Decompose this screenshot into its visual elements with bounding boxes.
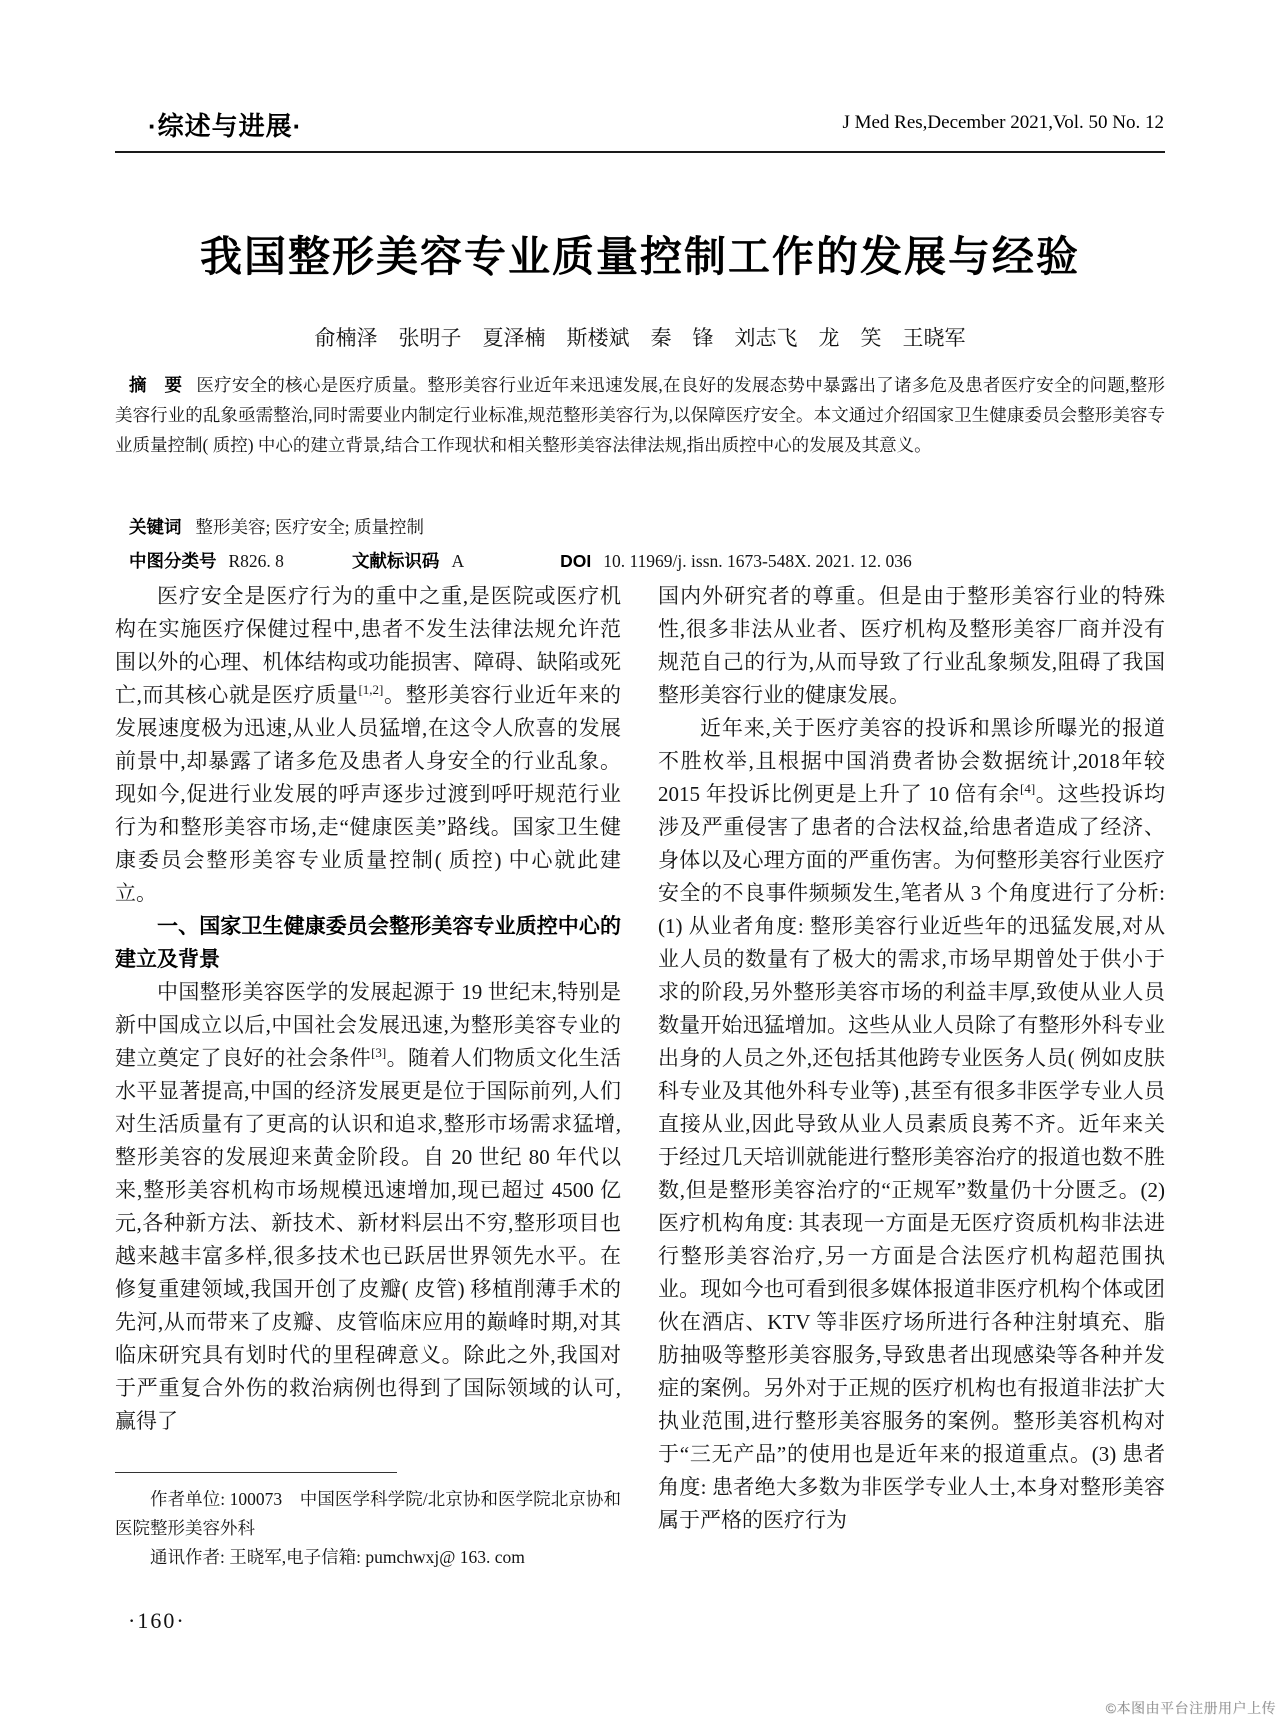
paragraph: 医疗安全是医疗行为的重中之重,是医院或医疗机构在实施医疗保健过程中,患者不发生法… — [115, 580, 621, 910]
body-column-right: 国内外研究者的尊重。但是由于整形美容行业的特殊性,很多非法从业者、医疗机构及整形… — [658, 580, 1165, 1537]
paragraph: 近年来,关于医疗美容的投诉和黑诊所曝光的报道不胜枚举,且根据中国消费者协会数据统… — [658, 712, 1165, 1537]
reference-marker: [1,2] — [358, 682, 383, 697]
corresponding-author: 通讯作者: 王晓军,电子信箱: pumchwxj@ 163. com — [115, 1543, 621, 1572]
footnote-block: 作者单位: 100073 中国医学科学院/北京协和医学院北京协和医院整形美容外科… — [115, 1472, 621, 1572]
abstract-text: 医疗安全的核心是医疗质量。整形美容行业近年来迅速发展,在良好的发展态势中暴露出了… — [115, 375, 1165, 455]
paragraph-text: 。这些投诉均涉及严重侵害了患者的合法权益,给患者造成了经济、身体以及心理方面的严… — [658, 782, 1165, 1532]
paragraph: 中国整形美容医学的发展起源于 19 世纪末,特别是新中国成立以后,中国社会发展迅… — [115, 976, 621, 1438]
abstract-block: 摘 要医疗安全的核心是医疗质量。整形美容行业近年来迅速发展,在良好的发展态势中暴… — [115, 370, 1165, 460]
paragraph-text: 。整形美容行业近年来的发展速度极为迅速,从业人员猛增,在这令人欣喜的发展前景中,… — [115, 683, 621, 905]
author-affiliation: 作者单位: 100073 中国医学科学院/北京协和医学院北京协和医院整形美容外科 — [115, 1485, 621, 1543]
section-heading-1: 一、国家卫生健康委员会整形美容专业质控中心的建立及背景 — [115, 910, 621, 976]
doc-code-label: 文献标识码 — [352, 551, 440, 571]
reference-marker: [3] — [371, 1045, 386, 1060]
article-authors: 俞楠泽 张明子 夏泽楠 斯楼斌 秦 锋 刘志飞 龙 笑 王晓军 — [115, 322, 1165, 352]
keywords-block: 关键词整形美容; 医疗安全; 质量控制 — [115, 512, 1165, 542]
paragraph-text: 。随着人们物质文化生活水平显著提高,中国的经济发展更是位于国际前列,人们对生活质… — [115, 1046, 621, 1433]
reference-marker: [4] — [1020, 781, 1035, 796]
journal-citation: J Med Res,December 2021,Vol. 50 No. 12 — [842, 112, 1164, 134]
doc-code-value: A — [451, 551, 464, 571]
header-divider — [115, 151, 1165, 153]
upload-watermark: ©本图由平台注册用户上传 — [1106, 1698, 1276, 1718]
body-column-left: 医疗安全是医疗行为的重中之重,是医院或医疗机构在实施医疗保健过程中,患者不发生法… — [115, 580, 621, 1438]
journal-page: ·综述与进展· J Med Res,December 2021,Vol. 50 … — [0, 0, 1280, 1724]
section-label: ·综述与进展· — [148, 106, 302, 143]
doi-label: DOI — [560, 551, 591, 571]
paragraph: 国内外研究者的尊重。但是由于整形美容行业的特殊性,很多非法从业者、医疗机构及整形… — [658, 580, 1165, 712]
clc-value: R826. 8 — [229, 551, 284, 571]
keywords-text: 整形美容; 医疗安全; 质量控制 — [196, 517, 424, 537]
meta-line: 中图分类号R826. 8文献标识码ADOI10. 11969/j. issn. … — [115, 546, 1165, 576]
article-title: 我国整形美容专业质量控制工作的发展与经验 — [90, 224, 1190, 284]
keywords-label: 关键词 — [129, 517, 182, 537]
abstract-label: 摘 要 — [129, 375, 182, 395]
doi-value: 10. 11969/j. issn. 1673-548X. 2021. 12. … — [603, 551, 912, 571]
footnote-divider — [115, 1472, 397, 1473]
page-number: ·160· — [128, 1608, 186, 1634]
clc-label: 中图分类号 — [129, 551, 217, 571]
